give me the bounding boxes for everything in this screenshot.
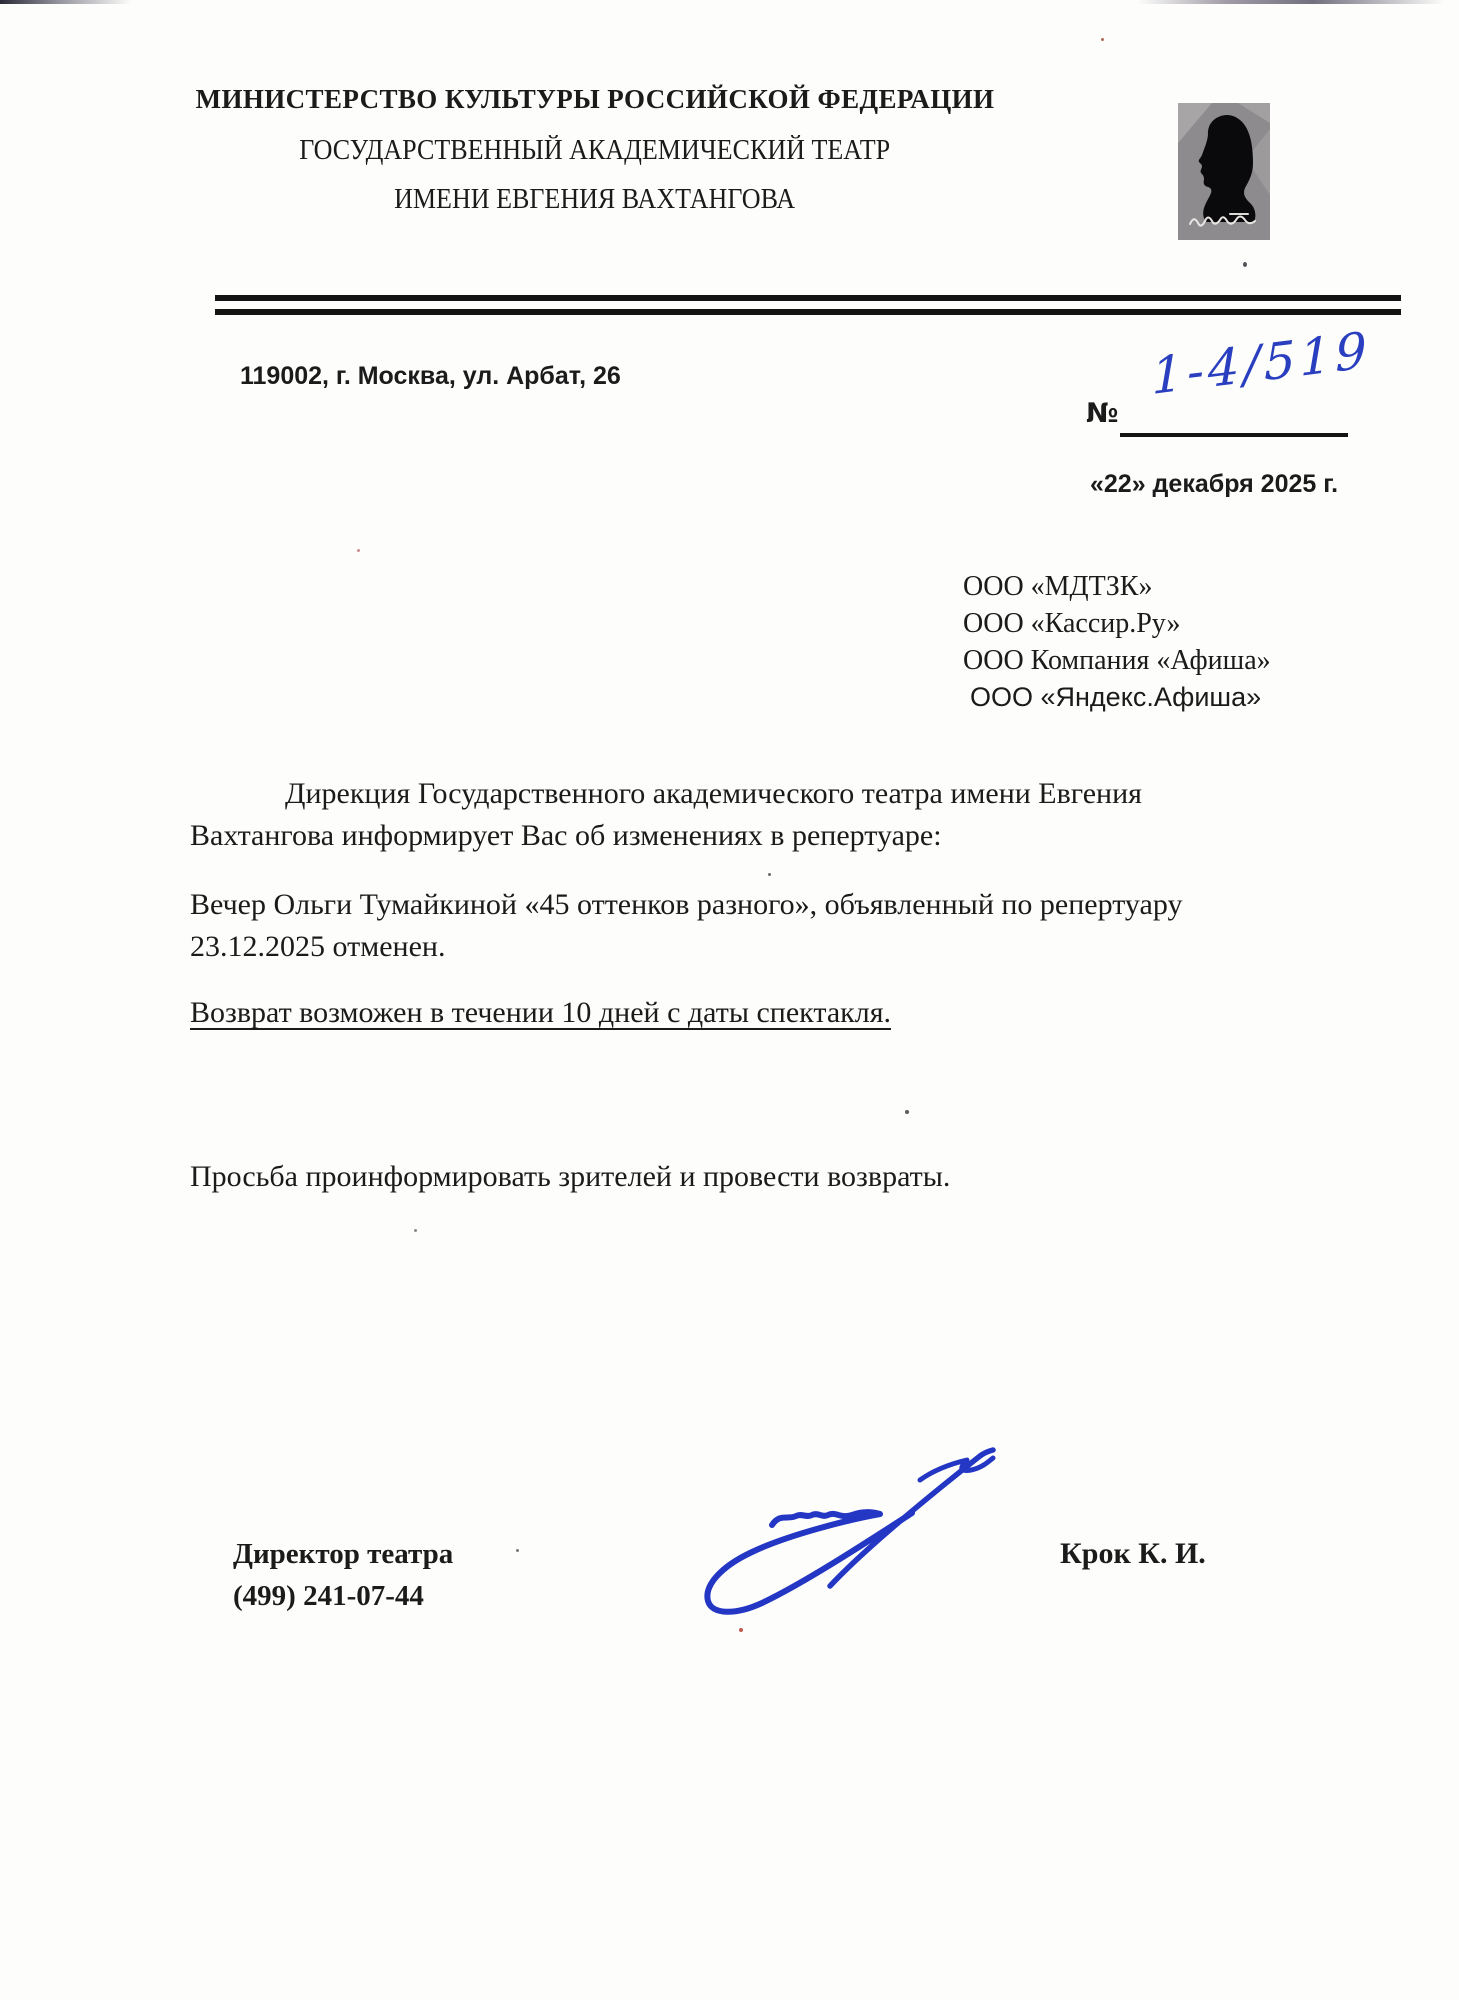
- recipient-line: ООО Компания «Афиша»: [963, 642, 1271, 679]
- header-theater: ГОСУДАРСТВЕННЫЙ АКАДЕМИЧЕСКИЙ ТЕАТР: [150, 135, 1040, 167]
- recipient-line: ООО «МДТЗК»: [963, 568, 1271, 605]
- header-theater-text: ГОСУДАРСТВЕННЫЙ АКАДЕМИЧЕСКИЙ ТЕАТР: [300, 135, 891, 167]
- scan-speck: [768, 873, 771, 876]
- recipients-block: ООО «МДТЗК» ООО «Кассир.Ру» ООО Компания…: [963, 568, 1271, 716]
- signature-name: Крок К. И.: [1060, 1537, 1206, 1571]
- doc-number-label: №: [1086, 398, 1118, 429]
- header-theater-name-text: ИМЕНИ ЕВГЕНИЯ ВАХТАНГОВА: [394, 184, 795, 216]
- scan-speck: [414, 1229, 417, 1232]
- signature-autograph-icon: [662, 1412, 1020, 1650]
- doc-number-underline: [1120, 433, 1348, 437]
- sender-address: 119002, г. Москва, ул. Арбат, 26: [240, 362, 621, 391]
- header-ministry: МИНИСТЕРСТВО КУЛЬТУРЫ РОССИЙСКОЙ ФЕДЕРАЦ…: [150, 84, 1040, 115]
- double-rule-divider: [215, 295, 1401, 315]
- rule-top: [215, 295, 1401, 301]
- header-theater-name: ИМЕНИ ЕВГЕНИЯ ВАХТАНГОВА: [150, 184, 1040, 216]
- scan-speck: [739, 1628, 743, 1632]
- doc-number-handwritten: 1-4/519: [1151, 321, 1371, 406]
- scan-speck: [357, 549, 360, 552]
- vakhtangov-silhouette-icon: [1178, 103, 1270, 240]
- body-paragraph-cancellation: Вечер Ольги Тумайкиной «45 оттенков разн…: [190, 884, 1295, 968]
- director-autograph: [662, 1412, 1020, 1650]
- body-paragraph-intro: Дирекция Государственного академического…: [190, 773, 1290, 857]
- scan-speck: [516, 1549, 519, 1552]
- body-paragraph-request: Просьба проинформировать зрителей и пров…: [190, 1156, 1340, 1198]
- body-paragraph-refund-underlined: Возврат возможен в течении 10 дней с дат…: [190, 992, 1340, 1034]
- scan-edge-artifact: [0, 0, 1459, 4]
- signature-phone: (499) 241-07-44: [233, 1580, 424, 1613]
- scan-speck: [905, 1110, 909, 1114]
- scan-speck: [1243, 262, 1247, 267]
- rule-bottom: [215, 309, 1401, 315]
- scan-speck: [1101, 38, 1104, 41]
- recipient-line: ООО «Яндекс.Афиша»: [970, 679, 1271, 716]
- theater-logo: [1178, 103, 1270, 240]
- letter-page: МИНИСТЕРСТВО КУЛЬТУРЫ РОССИЙСКОЙ ФЕДЕРАЦ…: [0, 0, 1459, 2000]
- signature-title: Директор театра: [233, 1538, 453, 1571]
- recipient-line: ООО «Кассир.Ру»: [963, 605, 1271, 642]
- doc-date: «22» декабря 2025 г.: [1090, 470, 1338, 499]
